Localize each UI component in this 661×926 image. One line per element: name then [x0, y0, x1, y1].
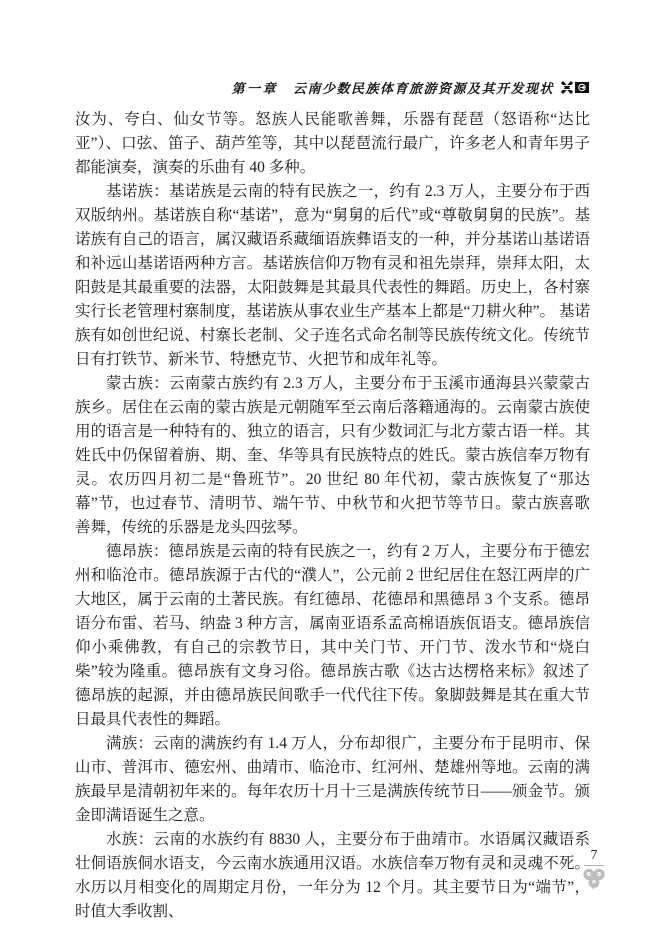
paragraph-deang: 德昂族：德昂族是云南的特有民族之一，约有 2 万人，主要分布于德宏州和临沧市。德… — [75, 540, 590, 732]
chapter-title: 云南少数民族体育旅游资源及其开发现状 — [293, 78, 554, 97]
page-footer: 7 — [577, 848, 611, 890]
page-body: 汝为、夸白、仙女节等。怒族人民能歌善舞，乐器有琵琶（怒语称“达比亚”）、口弦、笛… — [75, 108, 590, 924]
page-header: 第一章 云南少数民族体育旅游资源及其开发现状 — [75, 78, 591, 97]
chapter-ornament-icon — [561, 80, 591, 95]
book-page: 第一章 云南少数民族体育旅游资源及其开发现状 汝为、夸白、仙女节等。怒族人民能歌… — [0, 0, 661, 926]
paragraph-manchu: 满族：云南的满族约有 1.4 万人，分布却很广，主要分布于昆明市、保山市、普洱市… — [75, 732, 590, 828]
page-number: 7 — [577, 848, 611, 864]
paragraph-shui: 水族：云南的水族约有 8830 人，主要分布于曲靖市。水语属汉藏语系壮侗语族侗水… — [75, 828, 590, 924]
paragraph-nu-continued: 汝为、夸白、仙女节等。怒族人民能歌善舞，乐器有琵琶（怒语称“达比亚”）、口弦、笛… — [75, 108, 590, 180]
paragraph-jinuo: 基诺族：基诺族是云南的特有民族之一，约有 2.3 万人，主要分布于西双版纳州。基… — [75, 180, 590, 372]
cloud-ornament-icon — [581, 868, 607, 890]
footer-divider — [584, 865, 604, 866]
chapter-label: 第一章 — [231, 78, 278, 97]
paragraph-mongolian: 蒙古族：云南蒙古族约有 2.3 万人，主要分布于玉溪市通海县兴蒙蒙古族乡。居住在… — [75, 372, 590, 540]
